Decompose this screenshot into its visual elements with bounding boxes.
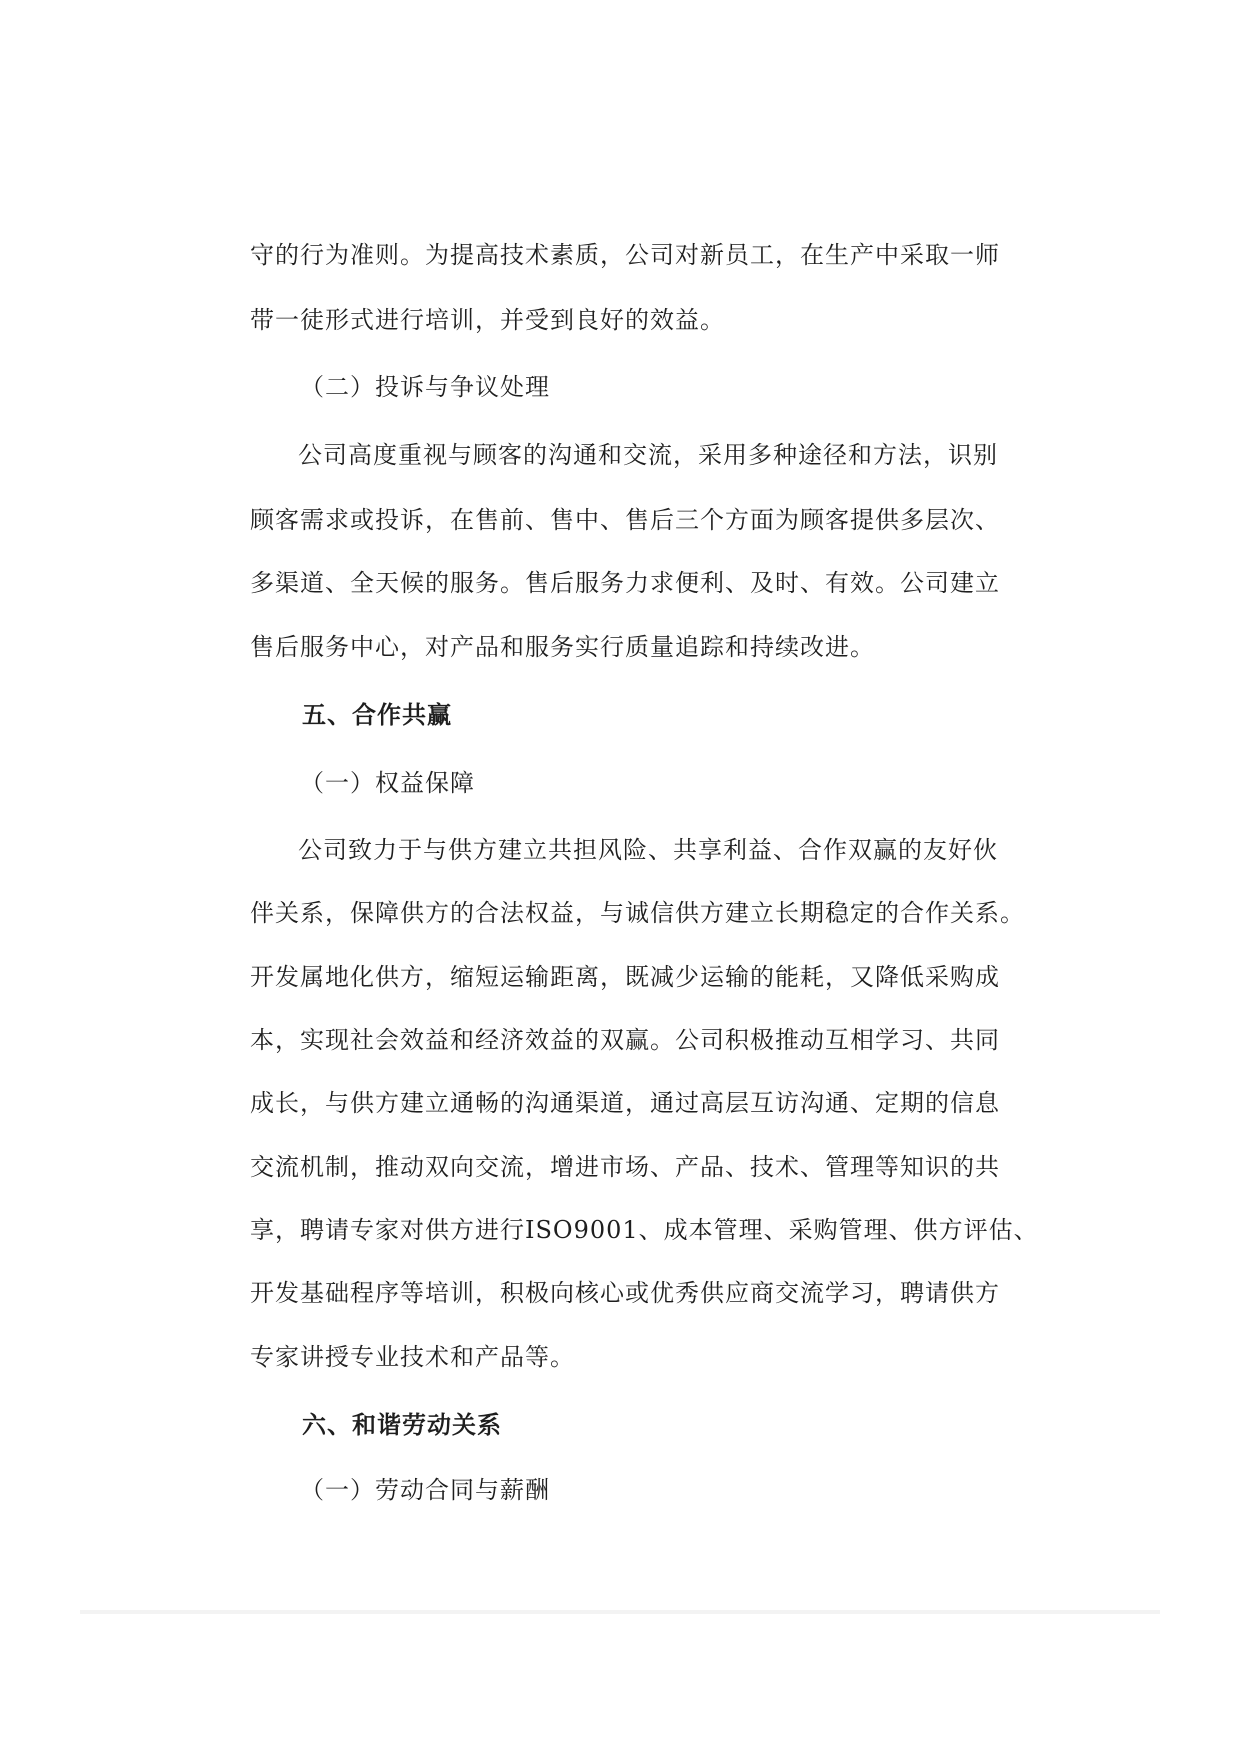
paragraph-line: 享，聘请专家对供方进行ISO9001、成本管理、采购管理、供方评估、 [250,1215,1039,1245]
heading-harmonious-labor-relations: 六、和谐劳动关系 [302,1410,502,1440]
document-page: 守的行为准则。为提高技术素质，公司对新员工，在生产中采取一师 带一徒形式进行培训… [0,0,1241,1754]
paragraph-line: 交流机制，推动双向交流，增进市场、产品、技术、管理等知识的共 [250,1152,1000,1182]
subheading-complaint-handling: （二）投诉与争议处理 [300,372,550,402]
paragraph-line: 成长，与供方建立通畅的沟通渠道，通过高层互访沟通、定期的信息 [250,1088,1000,1118]
paragraph-line: 专家讲授专业技术和产品等。 [250,1342,575,1372]
paragraph-line: 售后服务中心，对产品和服务实行质量追踪和持续改进。 [250,632,875,662]
paragraph-line: 本，实现社会效益和经济效益的双赢。公司积极推动互相学习、共同 [250,1025,1000,1055]
paragraph-line: 伴关系，保障供方的合法权益，与诚信供方建立长期稳定的合作关系。 [250,898,1025,928]
scan-shadow-line [80,1610,1160,1614]
paragraph-line: 公司高度重视与顾客的沟通和交流，采用多种途径和方法，识别 [298,440,998,470]
paragraph-line: 顾客需求或投诉，在售前、售中、售后三个方面为顾客提供多层次、 [250,505,1000,535]
subheading-labor-contract-salary: （一）劳动合同与薪酬 [300,1475,550,1505]
paragraph-line: 开发属地化供方，缩短运输距离，既减少运输的能耗，又降低采购成 [250,962,1000,992]
paragraph-line: 带一徒形式进行培训，并受到良好的效益。 [250,305,725,335]
subheading-rights-protection: （一）权益保障 [300,768,475,798]
paragraph-line: 开发基础程序等培训，积极向核心或优秀供应商交流学习，聘请供方 [250,1278,1000,1308]
paragraph-line: 多渠道、全天候的服务。售后服务力求便利、及时、有效。公司建立 [250,568,1000,598]
heading-cooperation-win-win: 五、合作共赢 [302,700,452,730]
paragraph-line: 公司致力于与供方建立共担风险、共享利益、合作双赢的友好伙 [298,835,998,865]
paragraph-line: 守的行为准则。为提高技术素质，公司对新员工，在生产中采取一师 [250,240,1000,270]
